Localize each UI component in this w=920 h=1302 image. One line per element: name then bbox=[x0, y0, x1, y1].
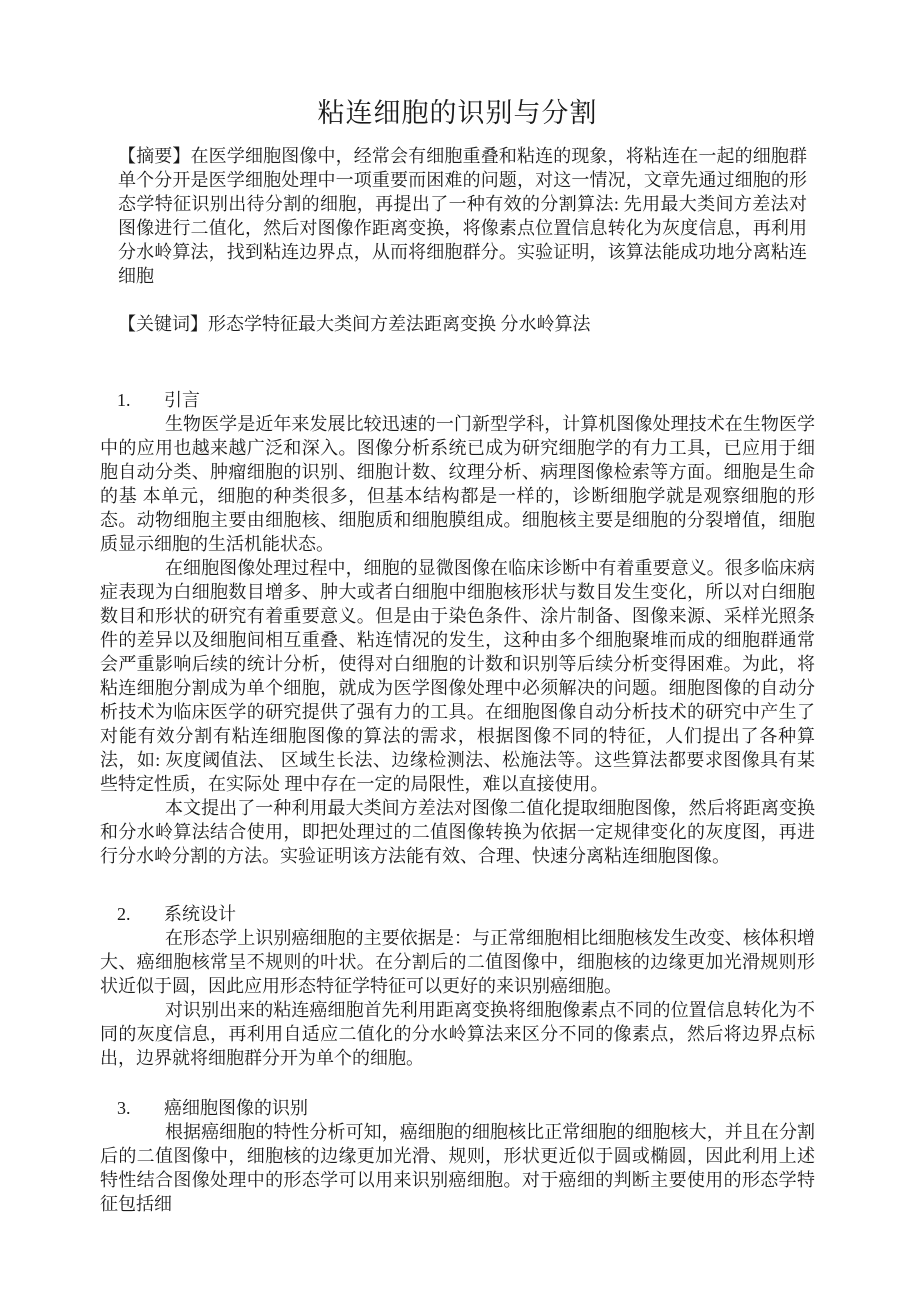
keywords-label: 【关键词】 bbox=[118, 314, 208, 334]
section-introduction: 1.引言 生物医学是近年来发展比较迅速的一门新型学科，计算机图像处理技术在生物医… bbox=[100, 388, 815, 868]
section-3-paragraph-1: 根据癌细胞的特性分析可知，癌细胞的细胞核比正常细胞的细胞核大，并且在分割后的二值… bbox=[100, 1120, 815, 1216]
document-title: 粘连细胞的识别与分割 bbox=[100, 96, 815, 130]
section-system-design: 2.系统设计 在形态学上识别癌细胞的主要依据是：与正常细胞相比细胞核发生改变、核… bbox=[100, 902, 815, 1070]
section-cancer-cell-recognition: 3.癌细胞图像的识别 根据癌细胞的特性分析可知，癌细胞的细胞核比正常细胞的细胞核… bbox=[100, 1096, 815, 1216]
document-page: 粘连细胞的识别与分割 【摘要】在医学细胞图像中，经常会有细胞重叠和粘连的现象，将… bbox=[0, 0, 920, 1302]
section-1-heading-label: 引言 bbox=[164, 390, 200, 410]
section-1-paragraph-3: 本文提出了一种利用最大类间方差法对图像二值化提取细胞图像，然后将距离变换和分水岭… bbox=[100, 796, 815, 868]
section-1-paragraph-2: 在细胞图像处理过程中，细胞的显微图像在临床诊断中有着重要意义。很多临床病症表现为… bbox=[100, 556, 815, 796]
section-2-paragraph-2: 对识别出来的粘连癌细胞首先利用距离变换将细胞像素点不同的位置信息转化为不同的灰度… bbox=[100, 998, 815, 1070]
section-1-paragraph-1: 生物医学是近年来发展比较迅速的一门新型学科，计算机图像处理技术在生物医学中的应用… bbox=[100, 412, 815, 556]
section-2-paragraph-1: 在形态学上识别癌细胞的主要依据是：与正常细胞相比细胞核发生改变、核体积增大、癌细… bbox=[100, 926, 815, 998]
keywords-paragraph: 【关键词】形态学特征最大类间方差法距离变换 分水岭算法 bbox=[118, 312, 807, 336]
abstract-label: 【摘要】 bbox=[118, 146, 191, 166]
section-2-heading: 2.系统设计 bbox=[117, 902, 815, 926]
section-3-heading-label: 癌细胞图像的识别 bbox=[164, 1098, 308, 1118]
section-2-heading-label: 系统设计 bbox=[164, 904, 236, 924]
keywords-text: 形态学特征最大类间方差法距离变换 分水岭算法 bbox=[208, 314, 591, 334]
section-3-number: 3. bbox=[117, 1096, 164, 1120]
section-2-number: 2. bbox=[117, 902, 164, 926]
section-3-heading: 3.癌细胞图像的识别 bbox=[117, 1096, 815, 1120]
abstract-paragraph: 【摘要】在医学细胞图像中，经常会有细胞重叠和粘连的现象，将粘连在一起的细胞群 单… bbox=[118, 144, 807, 288]
section-1-number: 1. bbox=[117, 388, 164, 412]
abstract-text: 在医学细胞图像中，经常会有细胞重叠和粘连的现象，将粘连在一起的细胞群 单个分开是… bbox=[118, 146, 807, 286]
section-1-heading: 1.引言 bbox=[117, 388, 815, 412]
